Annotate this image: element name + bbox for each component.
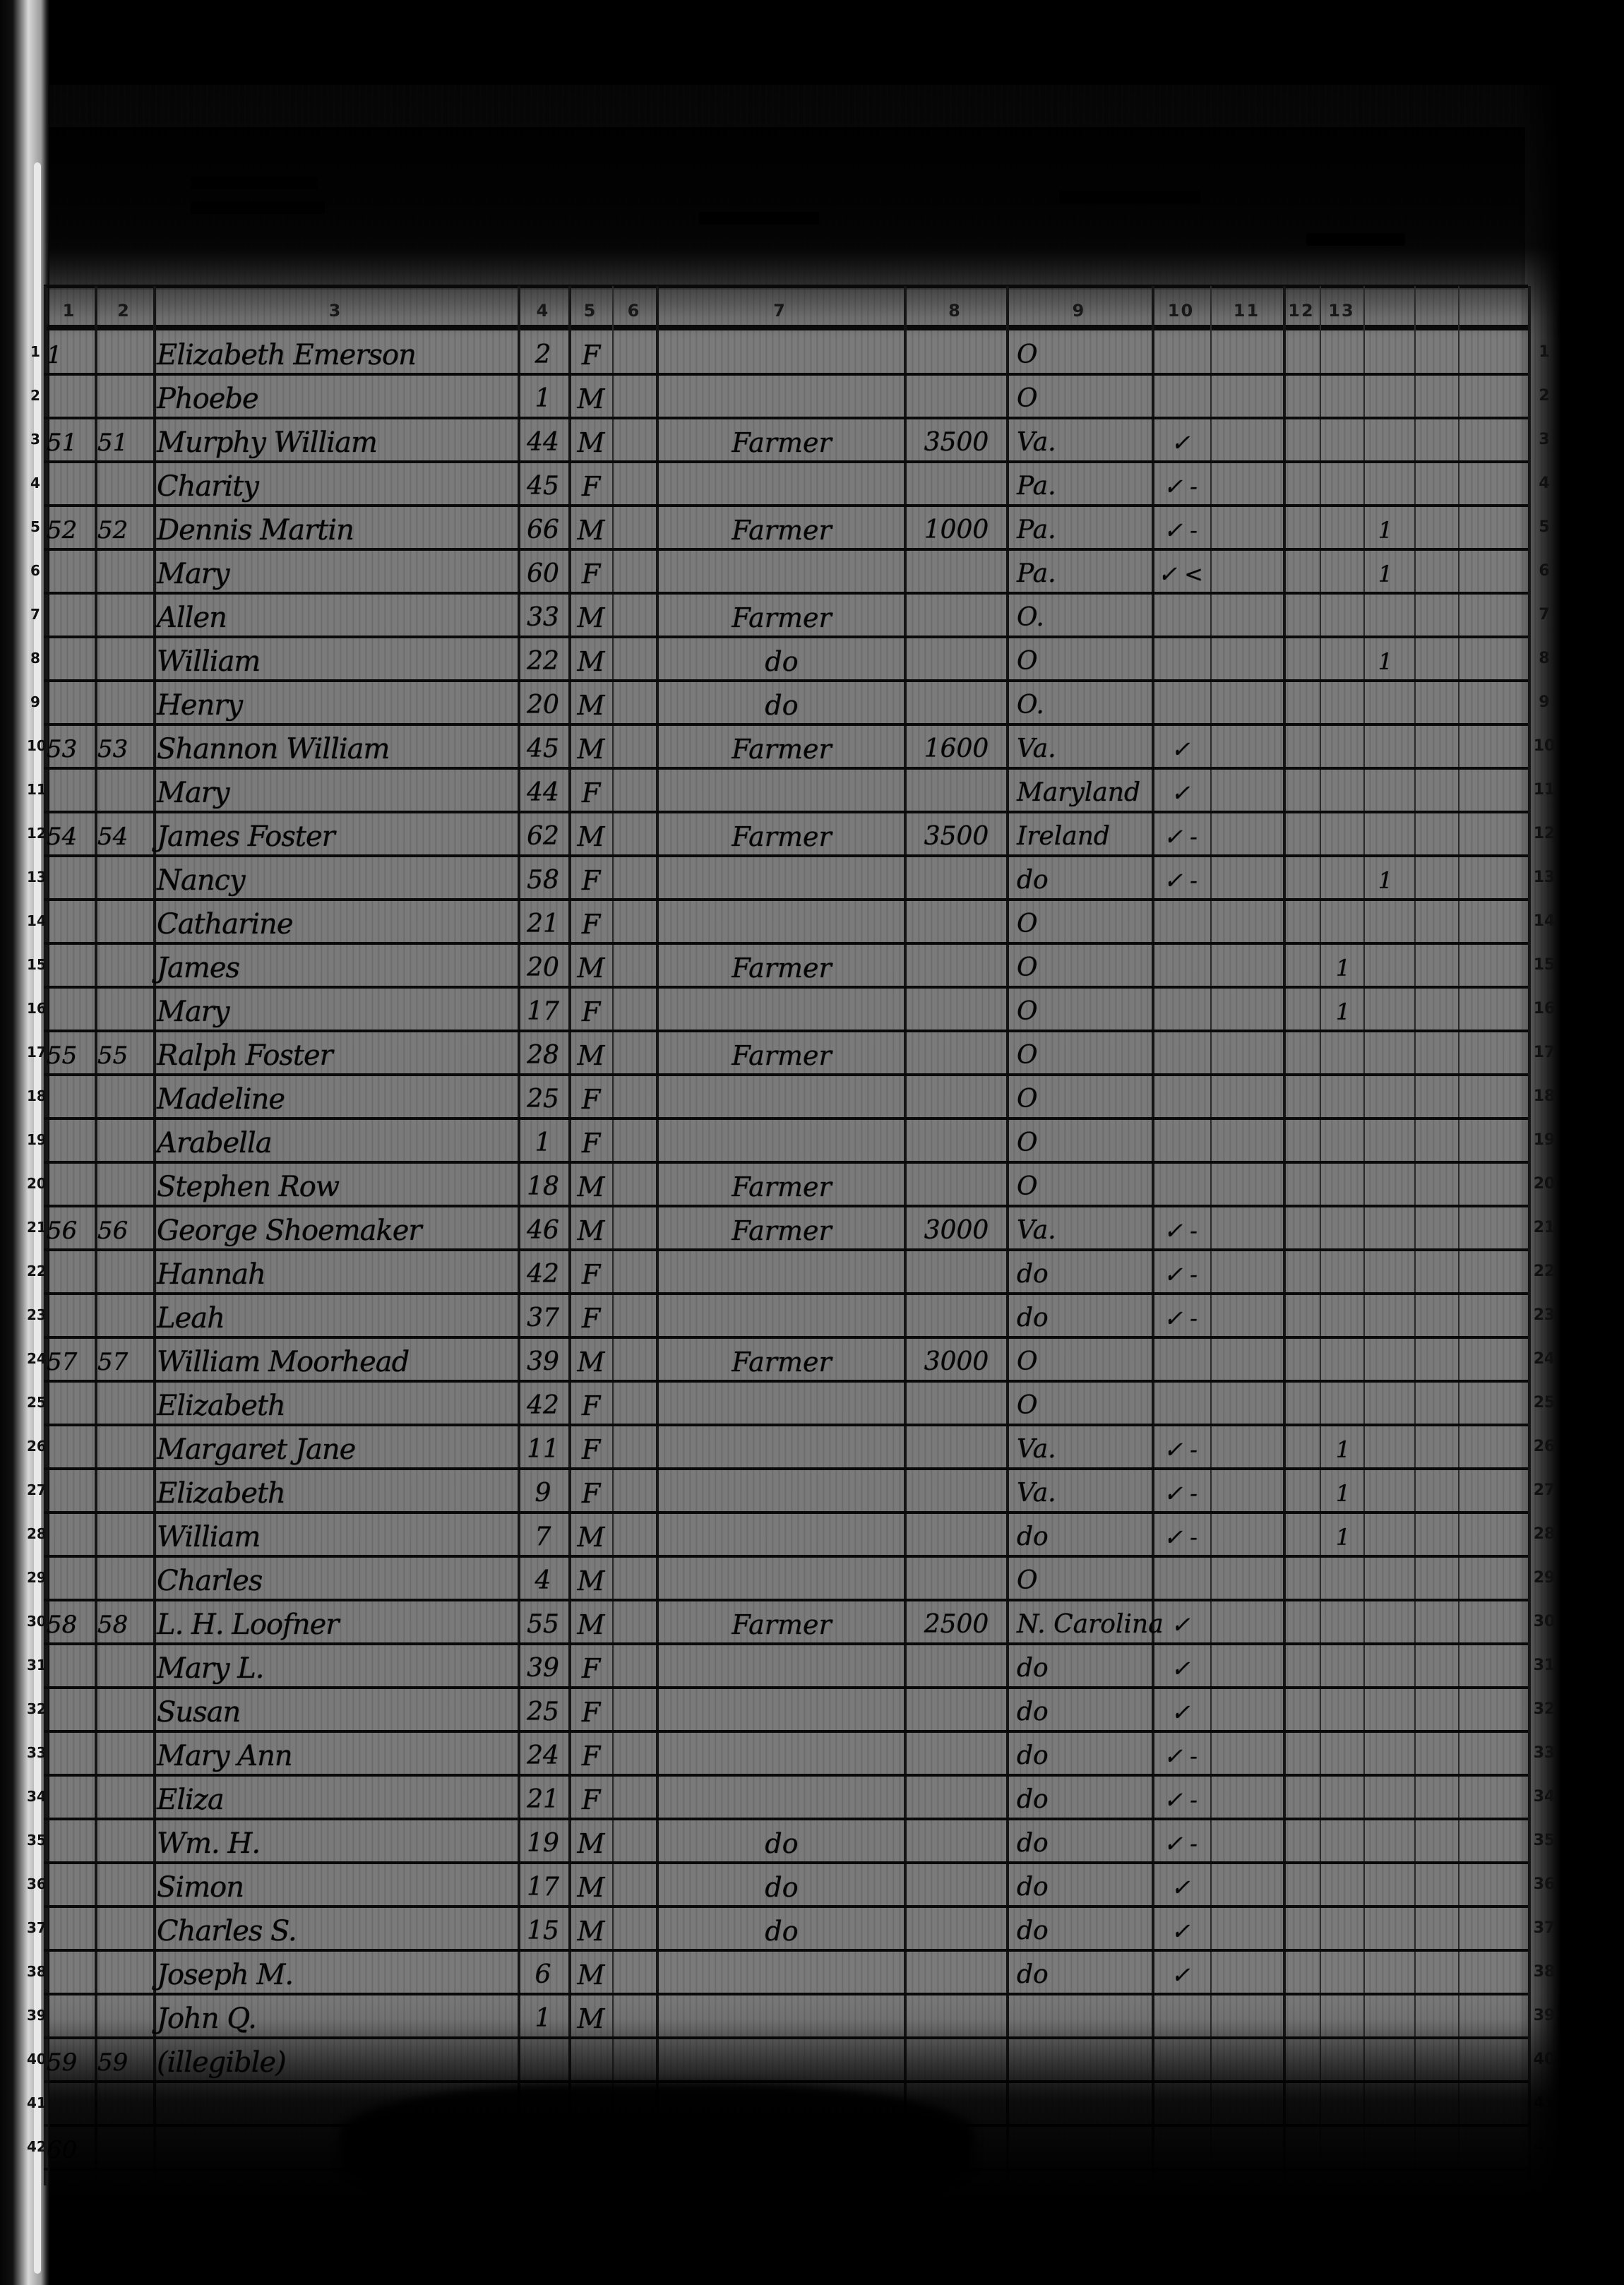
real-estate-value: 2500 [905,1600,1008,1644]
line-number-left: 23 [27,1306,44,1323]
census-row: Eliza21Fdo✓ - [44,1775,1528,1819]
mark-column [1364,462,1407,506]
dwelling-number [47,1775,96,1819]
person-name: Charles [157,1556,524,1600]
mark-column [1152,987,1209,1031]
age: 45 [518,462,568,506]
school-mark: 1 [1322,1425,1364,1469]
mark-column: ✓ - [1152,1250,1209,1294]
family-number [97,1688,154,1731]
census-row: Simon17Mdodo✓ [44,1863,1528,1907]
line-number-left: 17 [27,1044,44,1061]
line-number-left: 2 [27,387,44,404]
occupation [658,462,905,506]
sex: M [570,1513,612,1556]
age: 21 [518,1775,568,1819]
mark-column: ✓ - [1152,812,1209,856]
person-name: Shannon William [157,724,524,768]
mark-column [1364,1556,1407,1600]
sex: M [570,374,612,418]
real-estate-value: 3000 [905,1337,1008,1381]
sex: M [570,637,612,681]
line-number-left: 37 [27,1919,44,1936]
family-number [97,768,154,812]
dwelling-number [47,462,96,506]
age: 2 [518,330,568,374]
sex: M [570,418,612,462]
real-estate-value [905,1469,1008,1513]
school-mark [1322,1863,1364,1907]
dwelling-number [47,1950,96,1994]
census-row: 5757William Moorhead39MFarmer3000O [44,1337,1528,1381]
age: 60 [518,549,568,593]
age: 24 [518,1731,568,1775]
sex: M [570,1950,612,1994]
line-number-right: 11 [1532,781,1556,799]
mark-column [1364,1469,1407,1513]
occupation: Farmer [658,943,905,987]
line-number-left: 9 [27,693,44,710]
birthplace: Va. [1008,418,1158,462]
sex: M [570,812,612,856]
mark-column [1152,637,1209,681]
heading-block [191,201,325,214]
school-mark [1322,856,1364,900]
mark-column [1152,1162,1209,1206]
dwelling-number [47,374,96,418]
line-number-left: 38 [27,1963,44,1980]
family-number [97,1250,154,1294]
line-number-left: 4 [27,475,44,491]
birthplace: O [1008,1337,1158,1381]
school-mark [1322,681,1364,724]
age: 45 [518,724,568,768]
mark-column [1364,1907,1407,1950]
dwelling-number [47,1688,96,1731]
school-mark [1322,768,1364,812]
line-number-right: 15 [1532,956,1556,974]
school-mark [1322,1162,1364,1206]
person-name: Nancy [157,856,524,900]
heading-block [1306,233,1405,246]
dwelling-number [47,1162,96,1206]
family-number [97,1644,154,1688]
mark-column [1364,1863,1407,1907]
census-row: Mary60FPa.✓ <1 [44,549,1528,593]
line-number-left: 41 [27,2094,44,2111]
sex: M [570,1556,612,1600]
mark-column [1364,1337,1407,1381]
real-estate-value: 3000 [905,1206,1008,1250]
header-rule-bottom [44,325,1528,330]
ink-smudge [339,2083,974,2210]
person-name: James [157,943,524,987]
column-number: 7 [656,297,904,325]
real-estate-value [905,681,1008,724]
real-estate-value [905,1513,1008,1556]
line-number-right: 2 [1532,387,1556,405]
dwelling-number [47,1513,96,1556]
line-number-right: 8 [1532,650,1556,667]
person-name: Allen [157,593,524,637]
occupation: Farmer [658,418,905,462]
census-row: Madeline25FO [44,1075,1528,1118]
mark-column: 1 [1364,856,1407,900]
dwelling-number [47,1731,96,1775]
person-name: Charity [157,462,524,506]
person-name: Mary L. [157,1644,524,1688]
birthplace: O [1008,374,1158,418]
line-number-right: 21 [1532,1219,1556,1236]
line-number-left: 24 [27,1350,44,1367]
family-number [97,374,154,418]
census-row: Elizabeth42FO [44,1381,1528,1425]
line-number-left: 10 [27,737,44,754]
census-row: 5353Shannon William45MFarmer1600Va.✓ [44,724,1528,768]
census-row: 5252Dennis Martin66MFarmer1000Pa.✓ -1 [44,506,1528,549]
mark-column [1364,1644,1407,1688]
occupation: Farmer [658,724,905,768]
line-number-left: 35 [27,1832,44,1849]
dwelling-number: 56 [47,1206,96,1250]
real-estate-value [905,1381,1008,1425]
dwelling-number [47,681,96,724]
occupation: Farmer [658,812,905,856]
column-number: 9 [1006,297,1152,325]
mark-column: ✓ [1152,1950,1209,1994]
mark-column [1364,1075,1407,1118]
family-number: 55 [97,1031,154,1075]
dwelling-number [47,1425,96,1469]
line-number-right: 29 [1532,1569,1556,1587]
school-mark [1322,1206,1364,1250]
birthplace: do [1008,1907,1158,1950]
line-number-right: 19 [1532,1131,1556,1149]
mark-column [1364,1819,1407,1863]
occupation [658,1381,905,1425]
real-estate-value [905,1556,1008,1600]
line-number-left: 26 [27,1438,44,1455]
line-number-left: 29 [27,1569,44,1586]
line-number-left: 22 [27,1263,44,1279]
person-name: Eliza [157,1775,524,1819]
birthplace: do [1008,1688,1158,1731]
school-mark [1322,330,1364,374]
mark-column [1364,1162,1407,1206]
line-number-left: 28 [27,1525,44,1542]
census-row: Phoebe1MO [44,374,1528,418]
mark-column [1364,943,1407,987]
family-number [97,987,154,1031]
real-estate-value [905,549,1008,593]
occupation [658,1688,905,1731]
occupation [658,330,905,374]
person-name: Phoebe [157,374,524,418]
occupation [658,856,905,900]
line-number-left: 32 [27,1700,44,1717]
real-estate-value: 1000 [905,506,1008,549]
line-number-right: 12 [1532,825,1556,842]
family-number [97,856,154,900]
mark-column: ✓ - [1152,1469,1209,1513]
sex: F [570,1075,612,1118]
age: 33 [518,593,568,637]
birthplace: N. Carolina [1008,1600,1158,1644]
line-number-right: 1 [1532,343,1556,361]
person-name: George Shoemaker [157,1206,524,1250]
occupation [658,1775,905,1819]
birthplace: Pa. [1008,506,1158,549]
real-estate-value [905,1731,1008,1775]
sex: M [570,1162,612,1206]
family-number [97,1425,154,1469]
heading-block [699,212,819,225]
family-number: 53 [97,724,154,768]
line-number-right: 32 [1532,1700,1556,1718]
line-number-left: 19 [27,1131,44,1148]
real-estate-value [905,462,1008,506]
sex: M [570,943,612,987]
mark-column [1364,1294,1407,1337]
age: 1 [518,374,568,418]
occupation: Farmer [658,506,905,549]
census-row: Stephen Row18MFarmerO [44,1162,1528,1206]
birthplace: do [1008,1775,1158,1819]
mark-column [1152,1118,1209,1162]
school-mark [1322,1556,1364,1600]
real-estate-value [905,1425,1008,1469]
line-number-right: 30 [1532,1613,1556,1630]
census-row: Mary Ann24Fdo✓ - [44,1731,1528,1775]
census-row: Henry20MdoO. [44,681,1528,724]
family-number [97,1294,154,1337]
real-estate-value [905,1950,1008,1994]
sex: F [570,856,612,900]
person-name: Joseph M. [157,1950,524,1994]
family-number [97,1556,154,1600]
sex: F [570,987,612,1031]
census-row: Margaret Jane11FVa.✓ -1 [44,1425,1528,1469]
birthplace: do [1008,1731,1158,1775]
line-number-right: 4 [1532,475,1556,492]
family-number [97,1118,154,1162]
school-mark [1322,637,1364,681]
school-mark [1322,1600,1364,1644]
occupation: do [658,1819,905,1863]
sex: M [570,681,612,724]
mark-column [1364,374,1407,418]
sex: F [570,1731,612,1775]
family-number [97,1775,154,1819]
school-mark [1322,1731,1364,1775]
school-mark [1322,812,1364,856]
dwelling-number: 51 [47,418,96,462]
census-row: Charles4MO [44,1556,1528,1600]
line-number-right: 27 [1532,1481,1556,1499]
mark-column [1152,1031,1209,1075]
real-estate-value [905,900,1008,943]
mark-column [1152,1337,1209,1381]
mark-column: ✓ - [1152,1775,1209,1819]
age: 44 [518,418,568,462]
line-number-right: 25 [1532,1394,1556,1412]
line-number-left: 21 [27,1219,44,1236]
person-name: Elizabeth [157,1469,524,1513]
census-row: Arabella1FO [44,1118,1528,1162]
line-number-left: 8 [27,650,44,667]
sex: F [570,1469,612,1513]
census-row: 1Elizabeth Emerson2FO [44,330,1528,374]
sex: M [570,506,612,549]
age: 58 [518,856,568,900]
sex: M [570,1031,612,1075]
age: 15 [518,1907,568,1950]
mark-column [1152,1075,1209,1118]
person-name: William [157,637,524,681]
mark-column: ✓ [1152,1863,1209,1907]
line-number-right: 24 [1532,1350,1556,1368]
family-number [97,943,154,987]
mark-column: ✓ - [1152,1425,1209,1469]
line-number-left: 39 [27,2007,44,2024]
line-number-right: 31 [1532,1657,1556,1674]
census-row: Leah37Fdo✓ - [44,1294,1528,1337]
sex: F [570,1381,612,1425]
school-mark [1322,1644,1364,1688]
person-name: Elizabeth [157,1381,524,1425]
occupation [658,549,905,593]
family-number [97,330,154,374]
birthplace: O [1008,1075,1158,1118]
mark-column [1152,681,1209,724]
line-number-right: 20 [1532,1175,1556,1193]
family-number: 52 [97,506,154,549]
dwelling-number [47,1294,96,1337]
age: 44 [518,768,568,812]
sex: M [570,593,612,637]
real-estate-value [905,374,1008,418]
dwelling-number [47,549,96,593]
line-number-left: 34 [27,1788,44,1805]
birthplace: O [1008,1162,1158,1206]
mark-column: ✓ [1152,1688,1209,1731]
census-row: Elizabeth9FVa.✓ -1 [44,1469,1528,1513]
sex: F [570,1250,612,1294]
birthplace: Va. [1008,1469,1158,1513]
birthplace: Va. [1008,1425,1158,1469]
school-mark [1322,1075,1364,1118]
person-name: Arabella [157,1118,524,1162]
mark-column: ✓ < [1152,549,1209,593]
sex: F [570,1294,612,1337]
family-number [97,1863,154,1907]
census-row: 5454James Foster62MFarmer3500Ireland✓ - [44,812,1528,856]
school-mark [1322,1950,1364,1994]
family-number: 58 [97,1600,154,1644]
school-mark [1322,549,1364,593]
birthplace: O. [1008,681,1158,724]
person-name: Hannah [157,1250,524,1294]
mark-column [1364,1031,1407,1075]
family-number: 57 [97,1337,154,1381]
dwelling-number [47,1819,96,1863]
school-mark: 1 [1322,943,1364,987]
person-name: L. H. Loofner [157,1600,524,1644]
birthplace: Maryland [1008,768,1158,812]
age: 20 [518,681,568,724]
age: 42 [518,1381,568,1425]
occupation: do [658,1907,905,1950]
line-number-right: 38 [1532,1963,1556,1981]
occupation [658,1425,905,1469]
census-row: 5555Ralph Foster28MFarmerO [44,1031,1528,1075]
mark-column [1152,593,1209,637]
mark-column [1364,812,1407,856]
occupation: Farmer [658,1162,905,1206]
school-mark [1322,1775,1364,1819]
mark-column [1364,1206,1407,1250]
occupation: do [658,637,905,681]
real-estate-value [905,1644,1008,1688]
family-number [97,1381,154,1425]
real-estate-value [905,1819,1008,1863]
dwelling-number [47,1250,96,1294]
birthplace: Va. [1008,724,1158,768]
person-name: Susan [157,1688,524,1731]
family-number [97,1513,154,1556]
occupation [658,374,905,418]
line-number-right: 6 [1532,562,1556,580]
age: 22 [518,637,568,681]
birthplace: O [1008,1556,1158,1600]
mark-column [1364,1950,1407,1994]
mark-column: ✓ - [1152,1206,1209,1250]
sex: M [570,1907,612,1950]
age: 39 [518,1337,568,1381]
birthplace: Va. [1008,1206,1158,1250]
school-mark [1322,418,1364,462]
mark-column: 1 [1364,506,1407,549]
real-estate-value [905,1688,1008,1731]
occupation [658,768,905,812]
school-mark [1322,900,1364,943]
person-name: Simon [157,1863,524,1907]
birthplace: O [1008,943,1158,987]
occupation [658,1950,905,1994]
dwelling-number [47,900,96,943]
real-estate-value: 3500 [905,812,1008,856]
family-number [97,681,154,724]
school-mark [1322,462,1364,506]
birthplace: O [1008,1118,1158,1162]
mark-column: ✓ - [1152,462,1209,506]
mark-column: ✓ [1152,768,1209,812]
mark-column: ✓ [1152,1600,1209,1644]
mark-column [1152,943,1209,987]
dwelling-number [47,637,96,681]
sex: F [570,1118,612,1162]
sex: F [570,900,612,943]
mark-column: ✓ - [1152,506,1209,549]
census-row: William22MdoO1 [44,637,1528,681]
census-row: Joseph M.6Mdo✓ [44,1950,1528,1994]
line-number-left: 27 [27,1481,44,1498]
sex: M [570,1863,612,1907]
line-number-right: 16 [1532,1000,1556,1018]
sex: F [570,462,612,506]
dwelling-number [47,1556,96,1600]
occupation: do [658,681,905,724]
